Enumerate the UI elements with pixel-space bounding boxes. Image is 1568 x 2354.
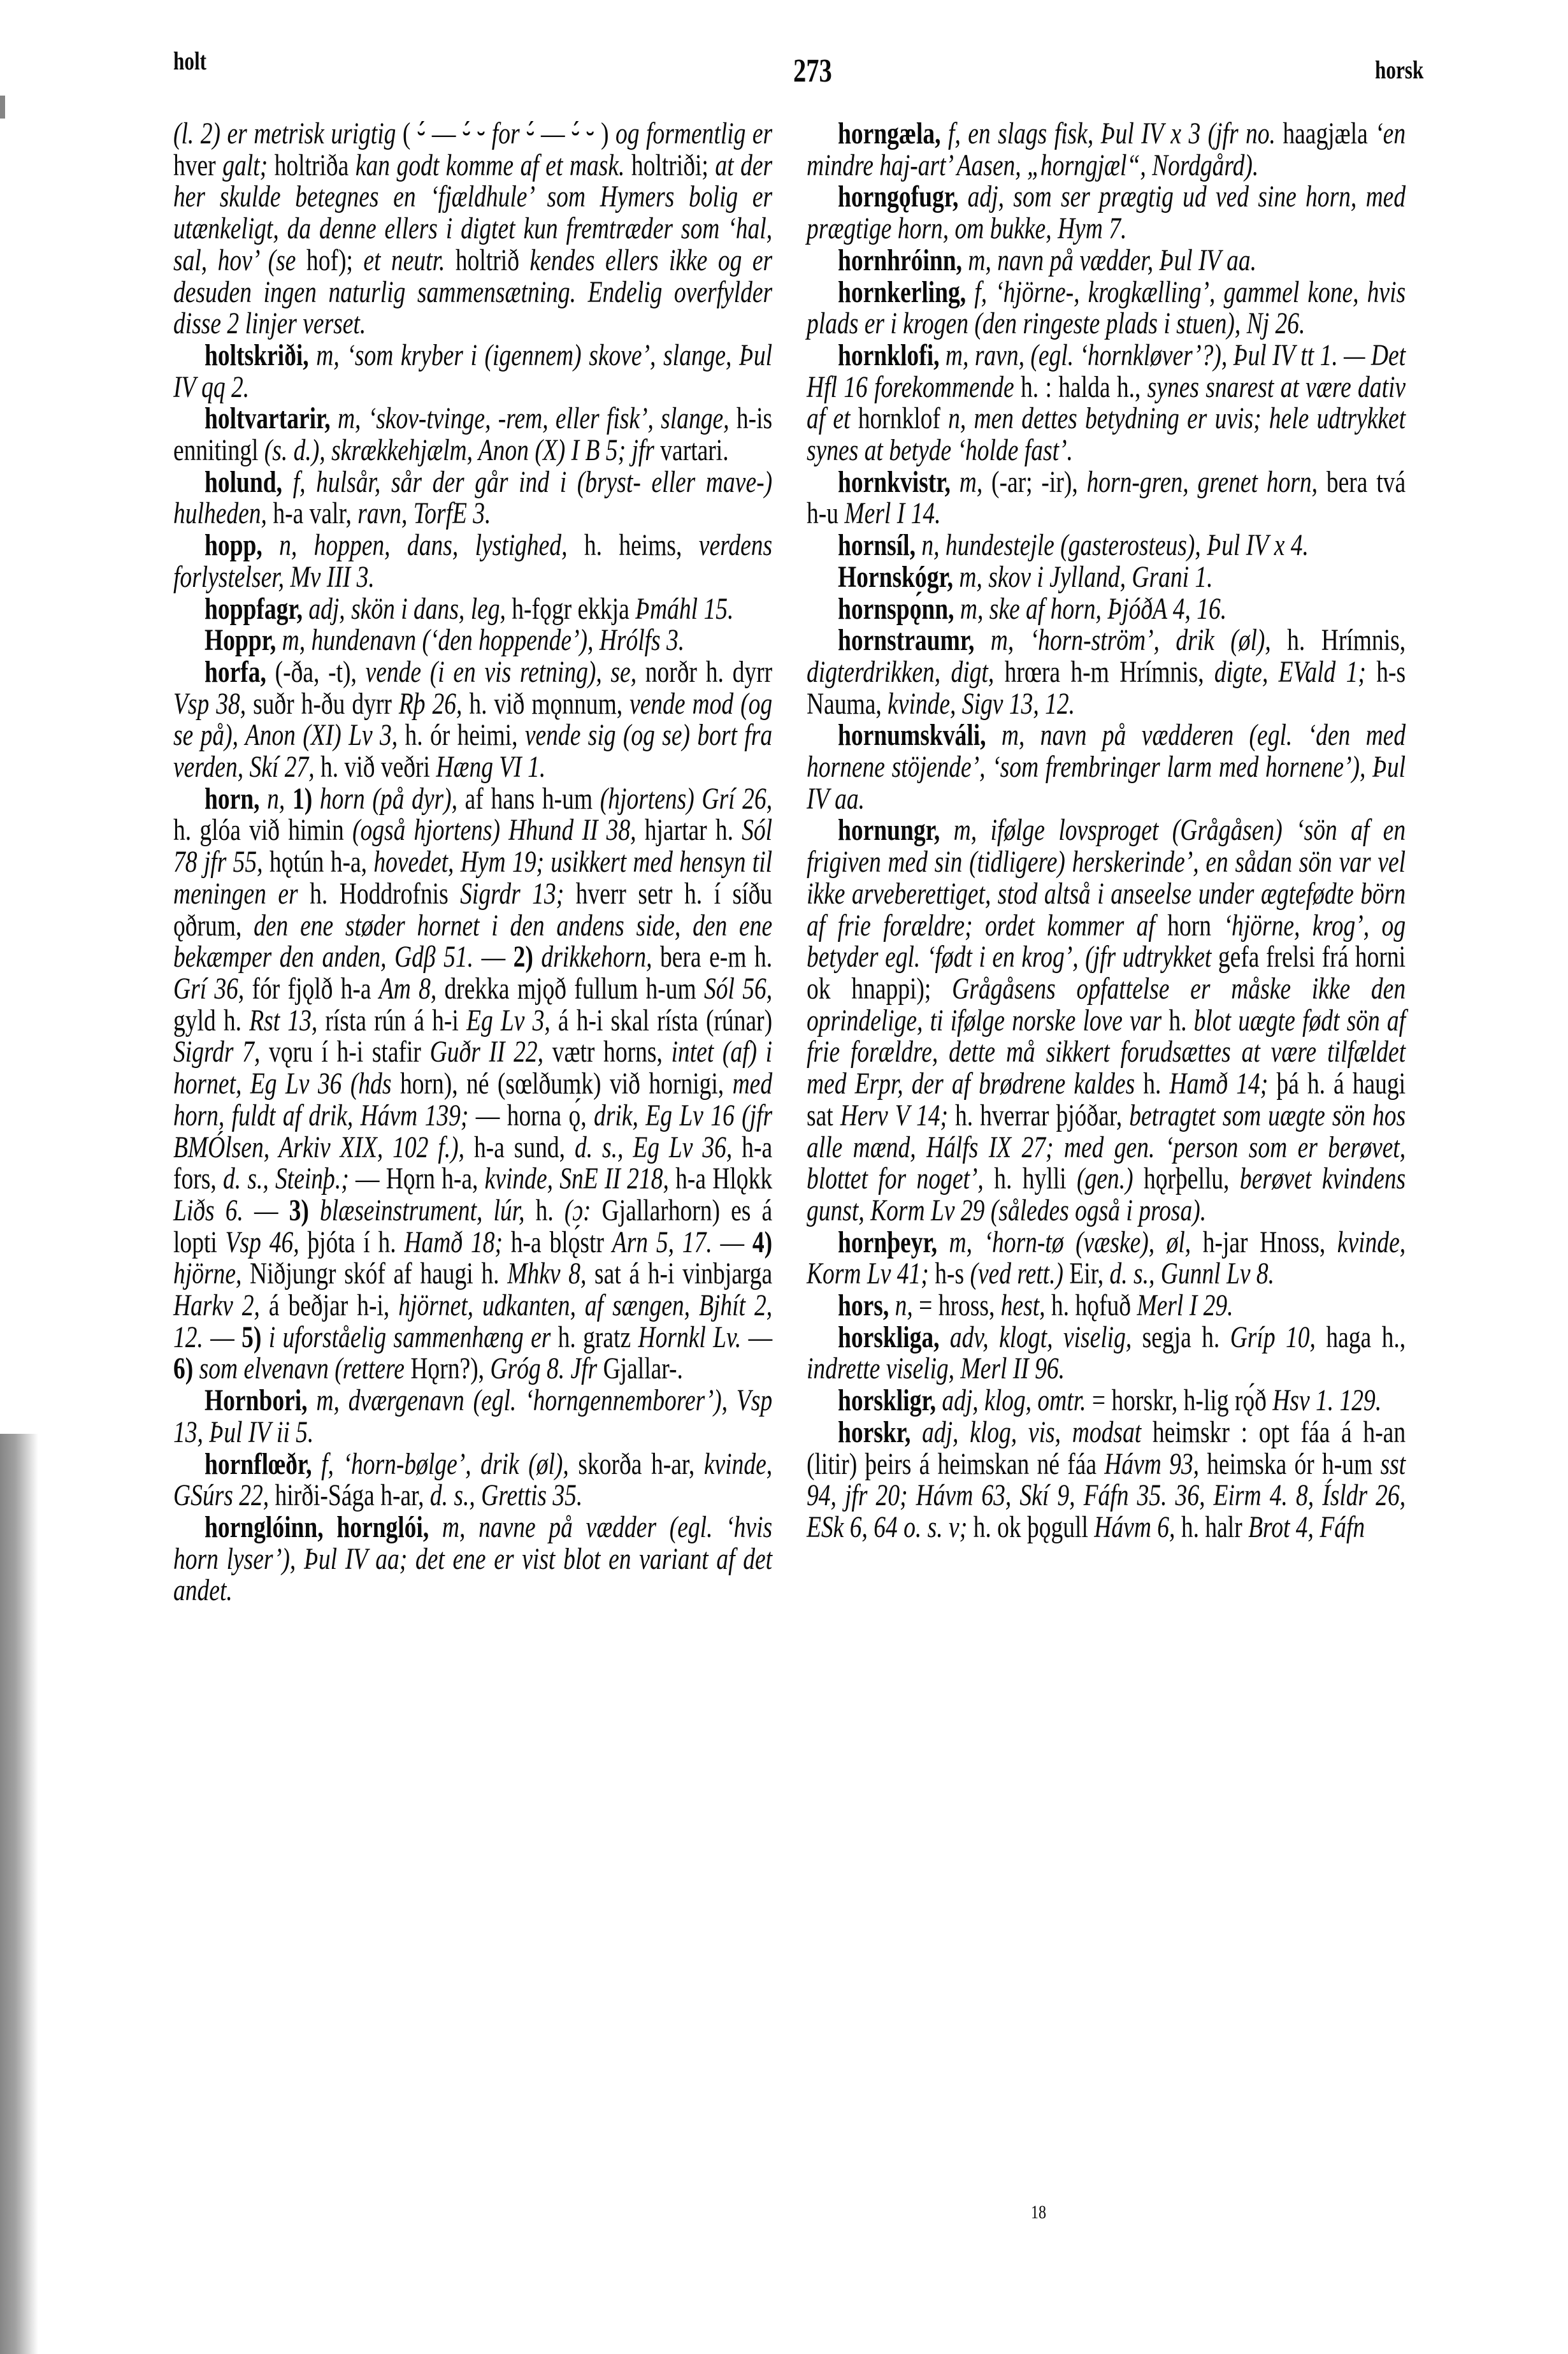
- dictionary-entry: hoppfagr, adj, skön i dans, leg, h-fǫgr …: [173, 594, 772, 626]
- dictionary-entry: holund, f, hulsår, sår der går ind i (br…: [173, 467, 772, 530]
- left-guideword: holt: [173, 46, 206, 76]
- dictionary-entry: hornklofi, m, ravn, (egl. ‘hornkløver’?)…: [807, 340, 1406, 467]
- dictionary-entry: Hornbori, m, dværgenavn (egl. ‘horngenne…: [173, 1385, 772, 1448]
- dictionary-entry: hornspǫ́nn, m, ske af horn, ÞjóðA 4, 16.: [807, 594, 1406, 626]
- dictionary-entry: hornungr, m, ifølge lovsproget (Grågåsen…: [807, 815, 1406, 1227]
- right-guideword: horsk: [1375, 55, 1423, 85]
- signature-mark: 18: [1031, 2202, 1046, 2223]
- dictionary-entry: horn, n, 1) horn (på dyr), af hans h-um …: [173, 784, 772, 1385]
- dictionary-entry: holtvartarir, m, ‘skov-tvinge, -rem, ell…: [173, 403, 772, 466]
- dictionary-entry: hornkvistr, m, (-ar; -ir), horn-gren, gr…: [807, 467, 1406, 530]
- dictionary-entry: hornþeyr, m, ‘horn-tø (væske), øl, h-jar…: [807, 1227, 1406, 1290]
- page-number: 273: [793, 52, 832, 90]
- dictionary-entry: holtskriði, m, ‘som kryber i (igennem) s…: [173, 340, 772, 403]
- left-column: (l. 2) er metrisk urigtig ( ⏑́ — ⏑́ ⏑ fo…: [173, 119, 772, 1607]
- entry-continuation: (l. 2) er metrisk urigtig ( ⏑́ — ⏑́ ⏑ fo…: [173, 119, 772, 340]
- dictionary-entry: hopp, n, hoppen, dans, lystighed, h. hei…: [173, 530, 772, 593]
- dictionary-entry: hornflœðr, f, ‘horn-bølge’, drik (øl), s…: [173, 1449, 772, 1512]
- dictionary-entry: horskligr, adj, klog, omtr. = horskr, h-…: [807, 1385, 1406, 1417]
- dictionary-entry: hornstraumr, m, ‘horn-ström’, drik (øl),…: [807, 625, 1406, 720]
- dictionary-entry: hornglóinn, hornglói, m, navne på vædder…: [173, 1512, 772, 1607]
- dictionary-entry: horskliga, adv, klogt, viselig, segja h.…: [807, 1322, 1406, 1385]
- dictionary-entry: horskr, adj, klog, vis, modsat heimskr :…: [807, 1417, 1406, 1544]
- right-column: horngæla, f, en slags fisk, Þul IV x 3 (…: [807, 119, 1406, 1544]
- dictionary-entry: horngæla, f, en slags fisk, Þul IV x 3 (…: [807, 119, 1406, 182]
- dictionary-entry: hornhróinn, m, navn på vædder, Þul IV aa…: [807, 245, 1406, 277]
- dictionary-entry: Hornskógr, m, skov i Jylland, Grani 1.: [807, 562, 1406, 594]
- dictionary-entry: hornsíl, n, hundestejle (gasterosteus), …: [807, 530, 1406, 562]
- dictionary-entry: hornumskváli, m, navn på vædderen (egl. …: [807, 720, 1406, 815]
- page-edge-mark: [0, 96, 5, 119]
- page-edge-shadow: [0, 1434, 38, 2354]
- dictionary-entry: hors, n, = hross, hest, h. hǫfuð Merl I …: [807, 1290, 1406, 1322]
- dictionary-entry: Hoppr, m, hundenavn (‘den hoppende’), Hr…: [173, 625, 772, 657]
- dictionary-entry: hornkerling, f, ‘hjörne-, krogkælling’, …: [807, 277, 1406, 340]
- dictionary-entry: horfa, (-ða, -t), vende (i en vis retnin…: [173, 657, 772, 784]
- dictionary-entry: horngǫfugr, adj, som ser prægtig ud ved …: [807, 182, 1406, 245]
